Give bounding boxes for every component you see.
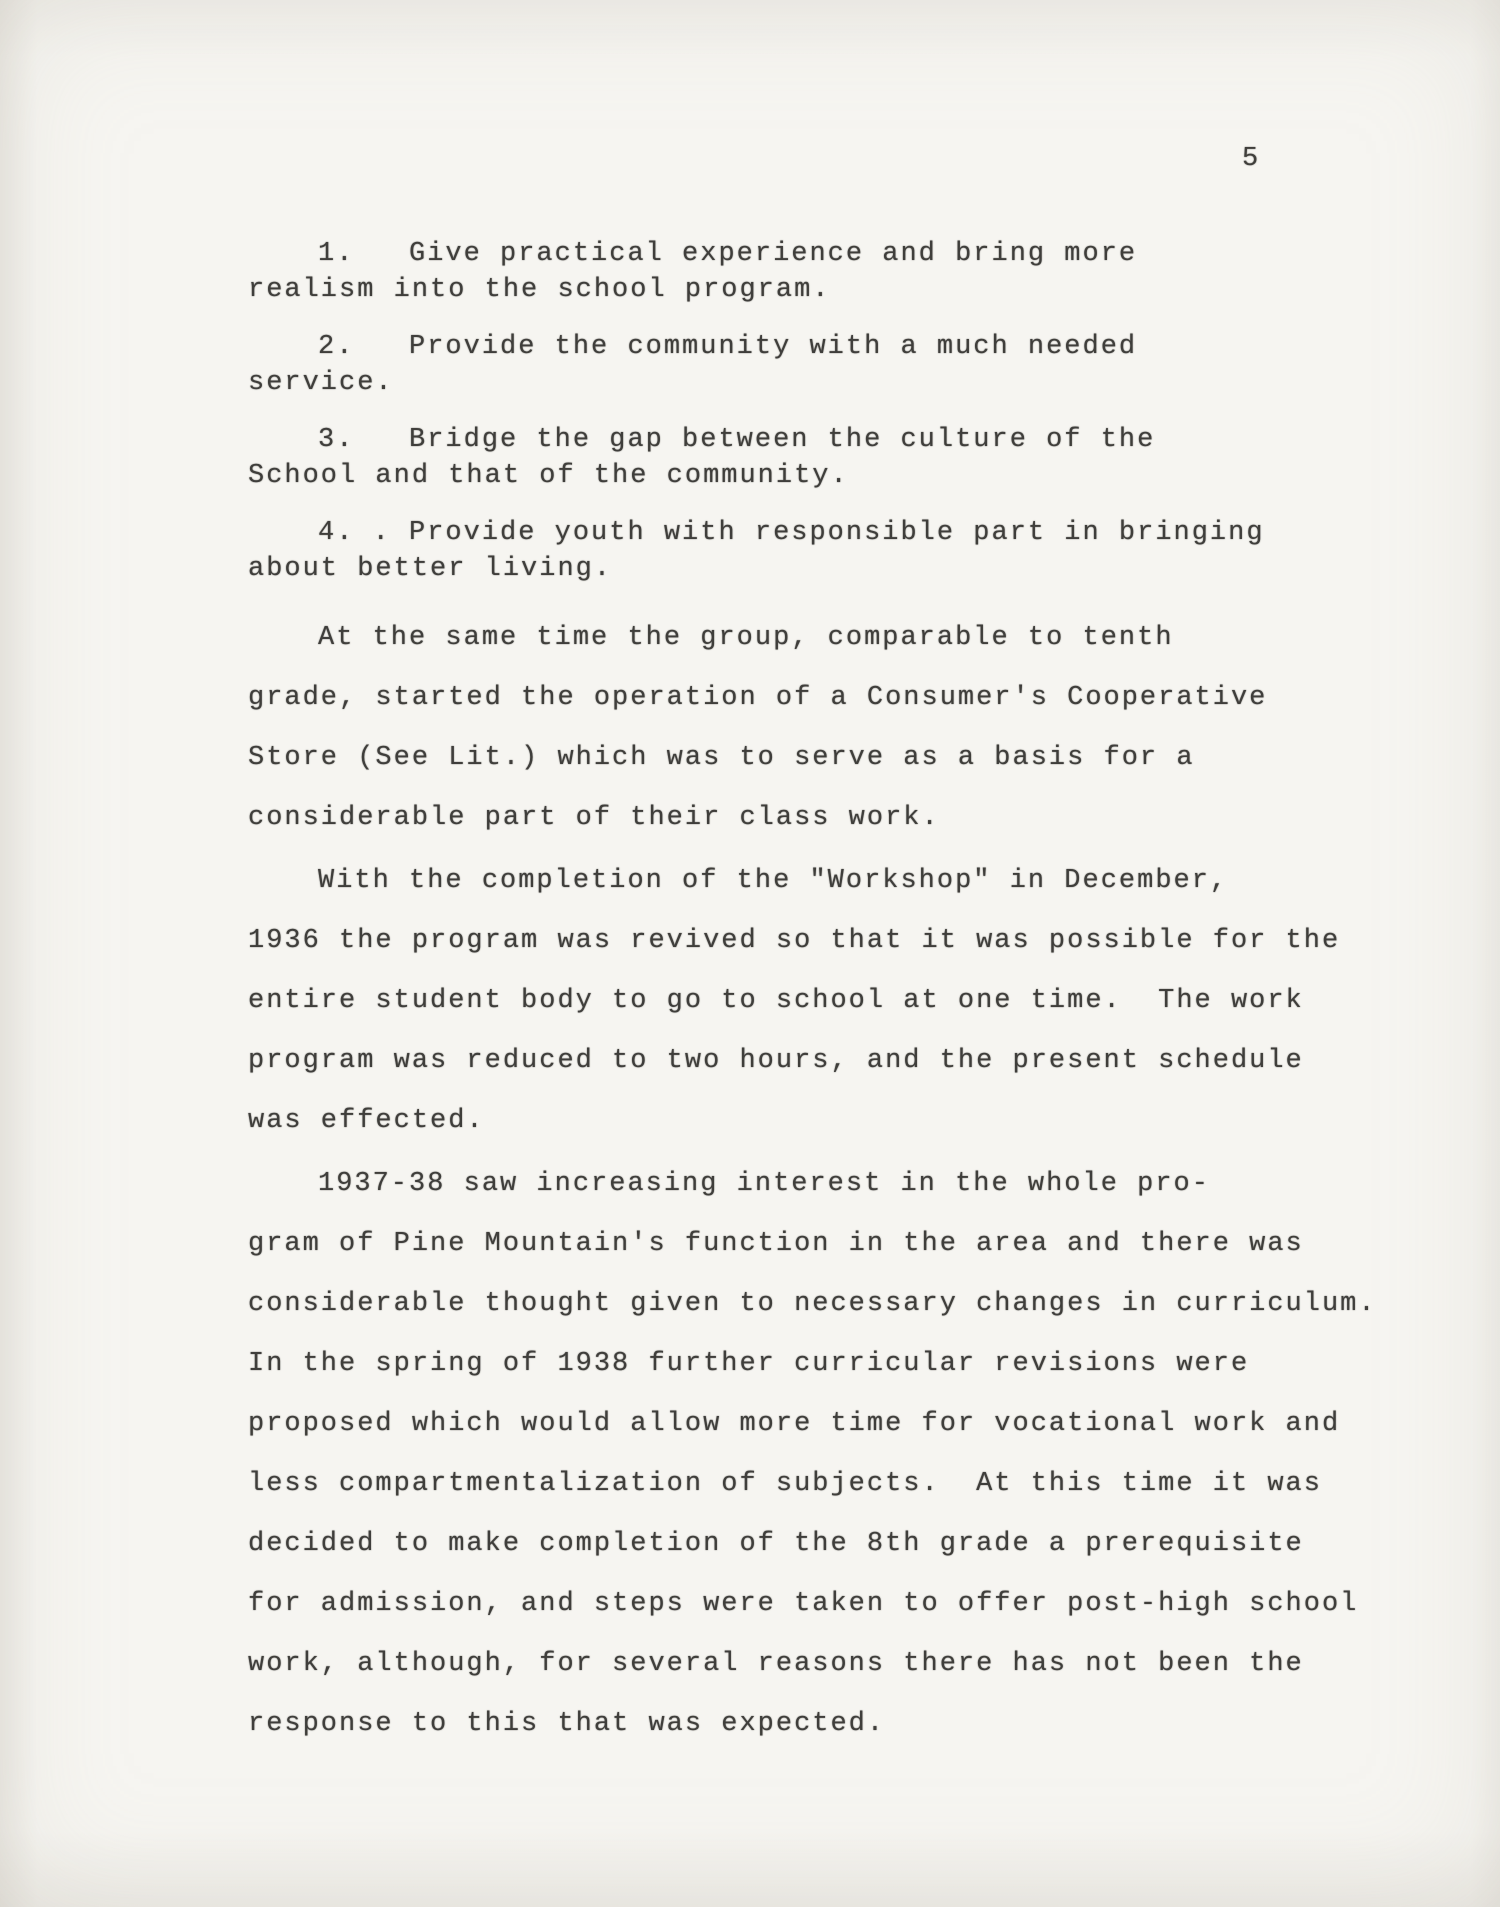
list-item: 1. Give practical experience and bring m… [248,236,1418,308]
text-line: less compartmentalization of subjects. A… [248,1454,1418,1514]
text-line: service. [248,365,1418,401]
text-line: considerable thought given to necessary … [248,1274,1418,1334]
text-line: was effected. [248,1091,1418,1151]
text-line: In the spring of 1938 further curricular… [248,1334,1418,1394]
list-item: 3. Bridge the gap between the culture of… [248,422,1418,494]
page-number: 5 [1242,144,1260,174]
text-line: considerable part of their class work. [248,788,1418,848]
text-line: Store (See Lit.) which was to serve as a… [248,728,1418,788]
list-item: 2. Provide the community with a much nee… [248,329,1418,401]
text-line: With the completion of the "Workshop" in… [248,851,1418,911]
text-line: 1936 the program was revived so that it … [248,911,1418,971]
text-line: program was reduced to two hours, and th… [248,1031,1418,1091]
text-line: work, although, for several reasons ther… [248,1634,1418,1694]
page-content: 1. Give practical experience and bring m… [248,236,1418,1754]
document-page: 5 1. Give practical experience and bring… [0,0,1500,1907]
text-line: 1. Give practical experience and bring m… [248,236,1418,272]
text-line: At the same time the group, comparable t… [248,608,1418,668]
paragraph: At the same time the group, comparable t… [248,608,1418,848]
text-line: grade, started the operation of a Consum… [248,668,1418,728]
text-line: 3. Bridge the gap between the culture of… [248,422,1418,458]
text-line: 1937-38 saw increasing interest in the w… [248,1154,1418,1214]
text-line: proposed which would allow more time for… [248,1394,1418,1454]
text-line: decided to make completion of the 8th gr… [248,1514,1418,1574]
text-line: gram of Pine Mountain's function in the … [248,1214,1418,1274]
paragraph: 1937-38 saw increasing interest in the w… [248,1154,1418,1754]
list-item: 4. . Provide youth with responsible part… [248,515,1418,587]
text-line: about better living. [248,551,1418,587]
paragraph: With the completion of the "Workshop" in… [248,851,1418,1151]
text-line: entire student body to go to school at o… [248,971,1418,1031]
text-line: for admission, and steps were taken to o… [248,1574,1418,1634]
text-line: School and that of the community. [248,458,1418,494]
text-line: realism into the school program. [248,272,1418,308]
text-line: 4. . Provide youth with responsible part… [248,515,1418,551]
text-line: 2. Provide the community with a much nee… [248,329,1418,365]
text-line: response to this that was expected. [248,1694,1418,1754]
